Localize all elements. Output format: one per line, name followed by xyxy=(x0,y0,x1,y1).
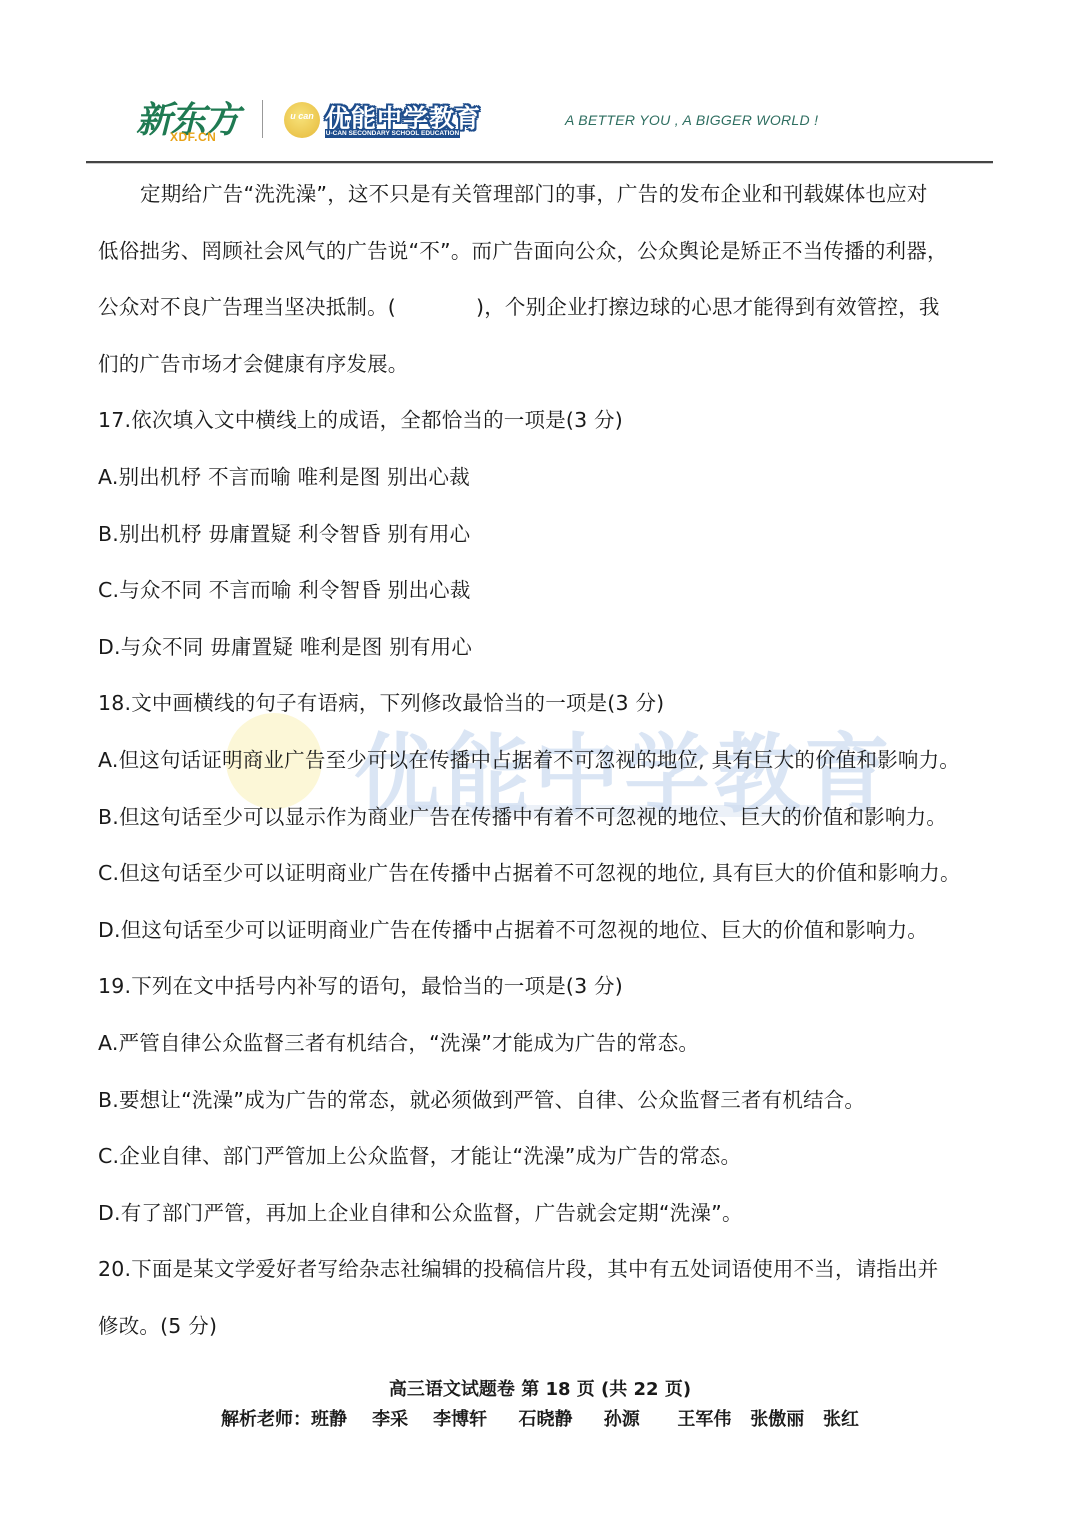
option-19-a: A.严管自律公众监督三者有机结合，“洗澡”才能成为广告的常态。 xyxy=(98,1021,998,1078)
slogan: A BETTER YOU , A BIGGER WORLD ! xyxy=(565,112,818,128)
passage-line: 定期给广告“洗洗澡”，这不只是有关管理部门的事，广告的发布企业和刊载媒体也应对 xyxy=(98,172,998,229)
page-header: 新东方 XDF.CN u can 优能中学教育 U-CAN SECONDARY … xyxy=(0,0,1080,165)
option-19-c: C.企业自律、部门严管加上公众监督，才能让“洗澡”成为广告的常态。 xyxy=(98,1134,998,1191)
passage-line-with-blank: 公众对不良广告理当坚决抵制。()，个别企业打擦边球的心思才能得到有效管控，我 xyxy=(98,285,998,342)
question-stem-18: 18.文中画横线的句子有语病，下列修改最恰当的一项是(3 分) xyxy=(98,681,998,738)
page-number-info: 高三语文试题卷 第 18 页 (共 22 页) xyxy=(0,1375,1080,1405)
passage-text: )，个别企业打擦边球的心思才能得到有效管控，我 xyxy=(476,295,940,319)
logo-divider xyxy=(262,100,263,138)
option-17-b: B.别出机杼 毋庸置疑 利令智昏 别有用心 xyxy=(98,512,998,569)
ucan-badge-text: u can xyxy=(284,111,320,121)
passage-line: 低俗拙劣、罔顾社会风气的广告说“不”。而广告面向公众，公众舆论是矫正不当传播的利… xyxy=(98,229,998,286)
option-18-c: C.但这句话至少可以证明商业广告在传播中占据着不可忽视的地位, 具有巨大的价值和… xyxy=(98,851,998,908)
document-body: 定期给广告“洗洗澡”，这不只是有关管理部门的事，广告的发布企业和刊载媒体也应对 … xyxy=(98,172,998,1360)
option-17-a: A.别出机杼 不言而喻 唯利是图 别出心裁 xyxy=(98,455,998,512)
option-17-d: D.与众不同 毋庸置疑 唯利是图 别有用心 xyxy=(98,625,998,682)
option-18-d: D.但这句话至少可以证明商业广告在传播中占据着不可忽视的地位、巨大的价值和影响力… xyxy=(98,908,998,965)
teachers-list: 解析老师：班静 李采 李博轩 石晓静 孙源 王军伟 张傲丽 张红 xyxy=(0,1405,1080,1435)
option-19-d: D.有了部门严管，再加上企业自律和公众监督，广告就会定期“洗澡”。 xyxy=(98,1191,998,1248)
page-footer: 高三语文试题卷 第 18 页 (共 22 页) 解析老师：班静 李采 李博轩 石… xyxy=(0,1375,1080,1435)
passage-text: 公众对不良广告理当坚决抵制。( xyxy=(98,295,396,319)
question-stem-19: 19.下列在文中括号内补写的语句，最恰当的一项是(3 分) xyxy=(98,964,998,1021)
question-stem-20: 20.下面是某文学爱好者写给杂志社编辑的投稿信片段，其中有五处词语使用不当，请指… xyxy=(98,1247,998,1304)
ucan-logo-subtitle: U-CAN SECONDARY SCHOOL EDUCATION xyxy=(325,129,460,138)
question-stem-20-cont: 修改。(5 分) xyxy=(98,1304,998,1361)
option-19-b: B.要想让“洗澡”成为广告的常态，就必须做到严管、自律、公众监督三者有机结合。 xyxy=(98,1078,998,1135)
option-18-b: B.但这句话至少可以显示作为商业广告在传播中有着不可忽视的地位、巨大的价值和影响… xyxy=(98,795,998,852)
passage-line: 们的广告市场才会健康有序发展。 xyxy=(98,342,998,399)
question-stem-17: 17.依次填入文中横线上的成语，全都恰当的一项是(3 分) xyxy=(98,398,998,455)
ucan-badge-icon: u can xyxy=(284,102,320,138)
option-18-a: A.但这句话证明商业广告至少可以在传播中占据着不可忽视的地位, 具有巨大的价值和… xyxy=(98,738,998,795)
xdf-logo-domain: XDF.CN xyxy=(170,130,216,144)
option-17-c: C.与众不同 不言而喻 利令智昏 别出心裁 xyxy=(98,568,998,625)
header-divider xyxy=(86,161,993,164)
